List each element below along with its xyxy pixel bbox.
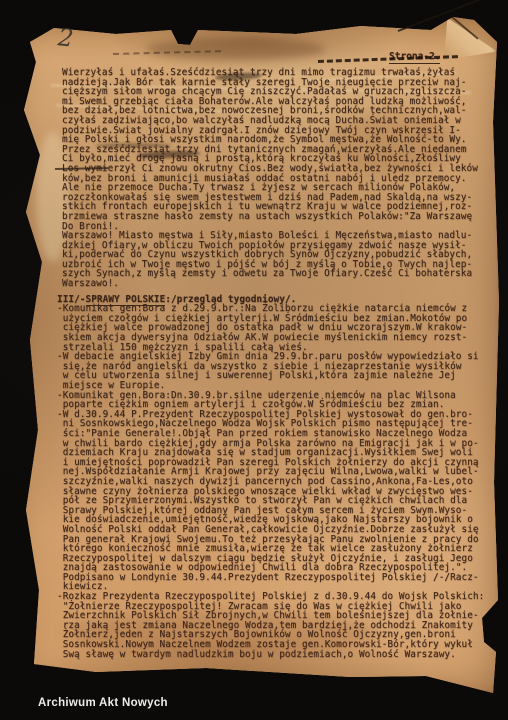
- paragraph-warsaw-tribute: Warszawo! Miasto męstwa i Siły,miasto Bo…: [57, 231, 497, 289]
- news-item-president-order: -Rozkaz Prezydenta Rzeczypospolitej Pols…: [57, 592, 497, 659]
- handwritten-page-number: 2: [57, 23, 75, 52]
- scan-background: 2 Strona-2. Wierzyłaś i ufałaś.Sześćdzie…: [0, 0, 508, 720]
- archive-watermark: Archiwum Akt Nowych: [38, 697, 168, 709]
- ink-smudge: [95, 143, 171, 148]
- paragraph-tribute-intro: Wierzyłaś i ufałaś.Sześćdziesiąt trzy dn…: [57, 68, 497, 231]
- news-item-communique-30-9: -Komunikat gen.Bora:Dn.30.9.br.silne ude…: [57, 391, 497, 410]
- news-item-president-letter: -W d.30.9.44 P.Prezydent Rzeczypospolite…: [57, 410, 497, 592]
- news-item-communique-29-9: -Komunikat gen:Bora z d.29.9.br.:Na Żoli…: [57, 304, 497, 352]
- news-item-commons-debate: -W debacie angielskiej Izby Gmin dnia 29…: [57, 352, 497, 390]
- paper-stain: [146, 38, 326, 60]
- typewritten-text: Wierzyłaś i ufałaś.Sześćdziesiąt trzy dn…: [57, 68, 497, 659]
